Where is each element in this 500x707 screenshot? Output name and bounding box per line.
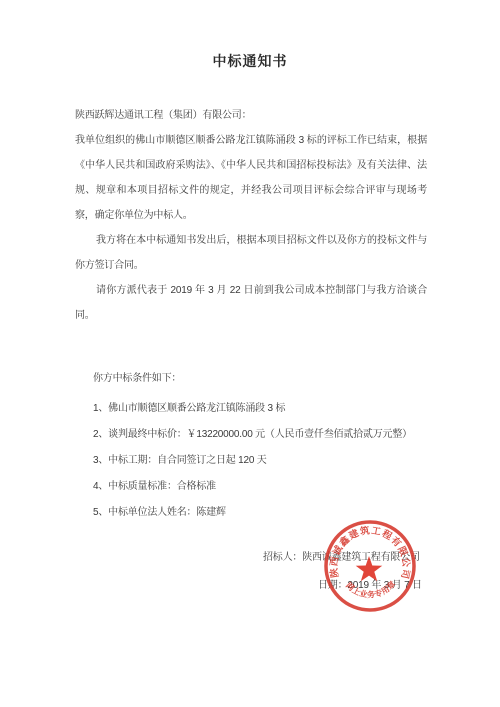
recipient-line: 陕西跃辉达通讯工程（集团）有限公司： (75, 103, 427, 128)
condition-item-quality: 4、中标质量标准：合格标准 (93, 474, 445, 500)
award-notice-document: 中标通知书 陕西跃辉达通讯工程（集团）有限公司： 我单位组织的佛山市顺德区顺番公… (0, 0, 500, 707)
seal-bottom-text: 网上业务专用章 (344, 579, 398, 600)
conditions-list: 1、佛山市顺德区顺番公路龙江镇陈涌段 3 标 2、谈判最终中标价：￥132200… (75, 396, 445, 526)
page-title: 中标通知书 (0, 51, 500, 71)
star-icon (356, 556, 383, 581)
condition-item-price: 2、谈判最终中标价：￥13220000.00 元（人民币壹仟叁佰贰拾贰万元整） (93, 422, 445, 448)
paragraph-evaluation-result: 我单位组织的佛山市顺德区顺番公路龙江镇陈涌段 3 标的评标工作已结束，根据《中华… (75, 128, 427, 228)
company-seal-stamp: 陕西诚鑫建筑工程有限公司 网上业务专用章 (322, 518, 418, 614)
paragraph-contract-signing: 我方将在本中标通知书发出后，根据本项目招标文件以及你方的投标文件与你方签订合同。 (75, 228, 427, 278)
award-conditions-section: 你方中标条件如下： 1、佛山市顺德区顺番公路龙江镇陈涌段 3 标 2、谈判最终中… (75, 366, 445, 526)
body-text: 陕西跃辉达通讯工程（集团）有限公司： 我单位组织的佛山市顺德区顺番公路龙江镇陈涌… (75, 103, 427, 328)
seal-bottom-label: 网上业务专用章 (344, 579, 398, 600)
condition-item-duration: 3、中标工期：自合同签订之日起 120 天 (93, 448, 445, 474)
condition-item-project: 1、佛山市顺德区顺番公路龙江镇陈涌段 3 标 (93, 396, 445, 422)
paragraph-representative-request: 请你方派代表于 2019 年 3 月 22 日前到我公司成本控制部门与我方洽谈合… (75, 278, 427, 328)
conditions-intro: 你方中标条件如下： (93, 366, 445, 391)
